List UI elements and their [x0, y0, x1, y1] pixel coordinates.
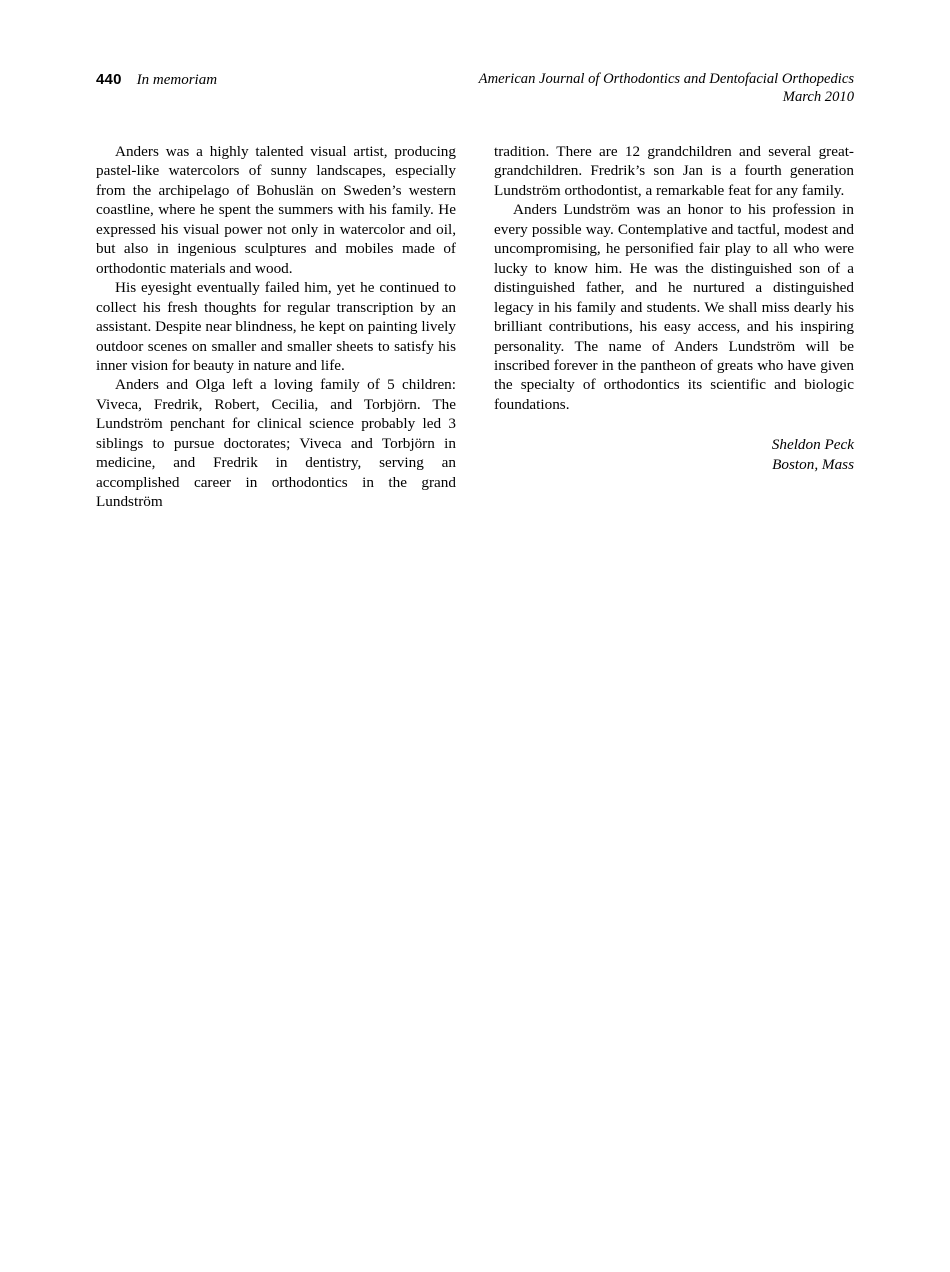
- journal-title: American Journal of Orthodontics and Den…: [479, 71, 854, 89]
- signature-block: Sheldon Peck Boston, Mass: [494, 435, 854, 474]
- paragraph: Anders Lundström was an honor to his pro…: [494, 200, 854, 414]
- header-left: 440 In memoriam: [96, 71, 217, 89]
- paragraph-continuation: tradition. There are 12 grandchildren an…: [494, 142, 854, 200]
- paragraph: His eyesight eventually failed him, yet …: [96, 278, 456, 375]
- running-header: 440 In memoriam American Journal of Orth…: [96, 71, 854, 106]
- paragraph: Anders and Olga left a loving family of …: [96, 375, 456, 511]
- author-name: Sheldon Peck: [494, 435, 854, 454]
- article-body: Anders was a highly talented visual arti…: [96, 142, 854, 512]
- section-title: In memoriam: [137, 72, 217, 89]
- page-number: 440: [96, 71, 122, 88]
- author-location: Boston, Mass: [494, 455, 854, 474]
- header-right: American Journal of Orthodontics and Den…: [479, 71, 854, 106]
- right-column: tradition. There are 12 grandchildren an…: [494, 142, 854, 512]
- issue-date: March 2010: [479, 89, 854, 107]
- journal-page: 440 In memoriam American Journal of Orth…: [0, 0, 950, 1272]
- paragraph: Anders was a highly talented visual arti…: [96, 142, 456, 278]
- left-column: Anders was a highly talented visual arti…: [96, 142, 456, 512]
